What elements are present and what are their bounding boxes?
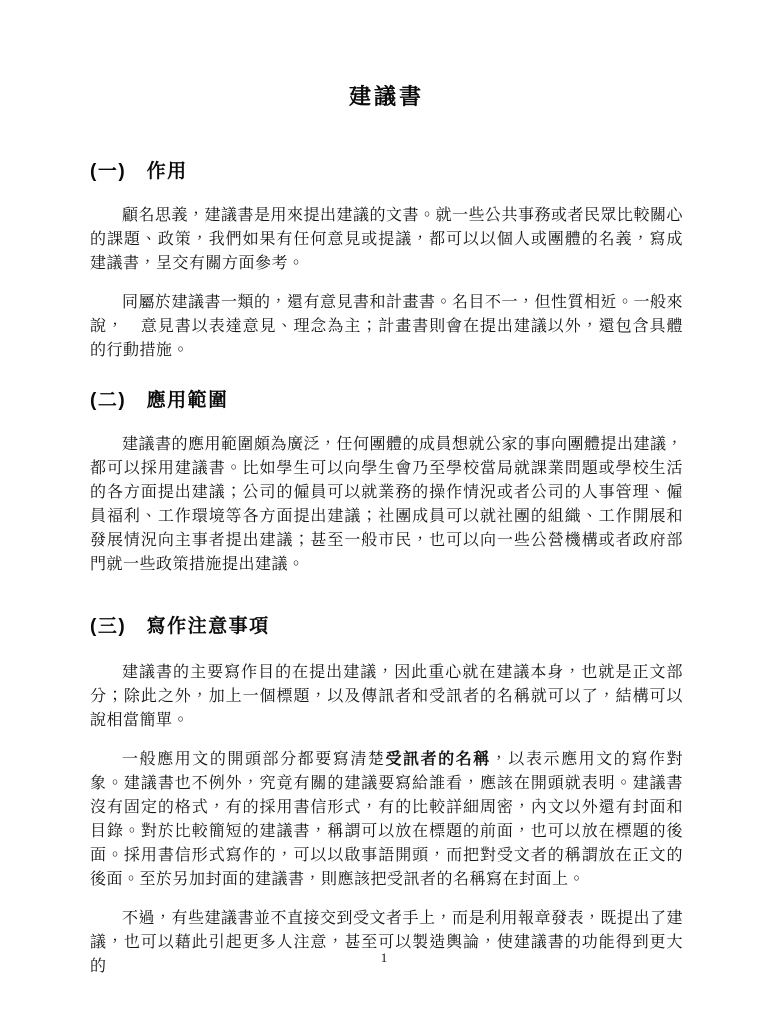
paragraph-text-after-bold: ，以表示應用文的寫作對象。建議書也不例外，究竟有關的建議要寫給誰看，應該在開頭就… <box>90 751 683 888</box>
bold-run-recipient-name: 受訊者的名稱 <box>385 751 490 768</box>
section-scope-heading: (二) 應用範圍 <box>90 389 683 413</box>
document-title: 建議書 <box>90 84 683 110</box>
paragraph-with-bold: 一般應用文的開頭部分都要寫清楚受訊者的名稱，以表示應用文的寫作對象。建議書也不例… <box>90 748 683 892</box>
document-page: 建議書 (一) 作用 顧名思義，建議書是用來提出建議的文書。就一些公共事務或者民… <box>0 0 768 1024</box>
section-writing-notes-heading: (三) 寫作注意事項 <box>90 615 683 639</box>
paragraph: 建議書的主要寫作目的在提出建議，因此重心就在建議本身，也就是正文部分；除此之外，… <box>90 661 683 733</box>
paragraph: 不過，有些建議書並不直接交到受文者手上，而是利用報章發表，既提出了建議，也可以藉… <box>90 907 683 979</box>
section-usage: (一) 作用 顧名思義，建議書是用來提出建議的文書。就一些公共事務或者民眾比較關… <box>90 160 683 363</box>
paragraph: 顧名思義，建議書是用來提出建議的文書。就一些公共事務或者民眾比較關心的課題、政策… <box>90 204 683 276</box>
paragraph: 建議書的應用範圍頗為廣泛，任何團體的成員想就公家的事向團體提出建議，都可以採用建… <box>90 433 683 577</box>
section-usage-heading: (一) 作用 <box>90 160 683 184</box>
section-scope: (二) 應用範圍 建議書的應用範圍頗為廣泛，任何團體的成員想就公家的事向團體提出… <box>90 389 683 577</box>
paragraph: 同屬於建議書一類的，還有意見書和計畫書。名目不一，但性質相近。一般來說， 意見書… <box>90 291 683 363</box>
section-writing-notes: (三) 寫作注意事項 建議書的主要寫作目的在提出建議，因此重心就在建議本身，也就… <box>90 615 683 979</box>
page-number: 1 <box>0 950 768 966</box>
paragraph-text-before-bold: 一般應用文的開頭部分都要寫清楚 <box>122 751 385 768</box>
